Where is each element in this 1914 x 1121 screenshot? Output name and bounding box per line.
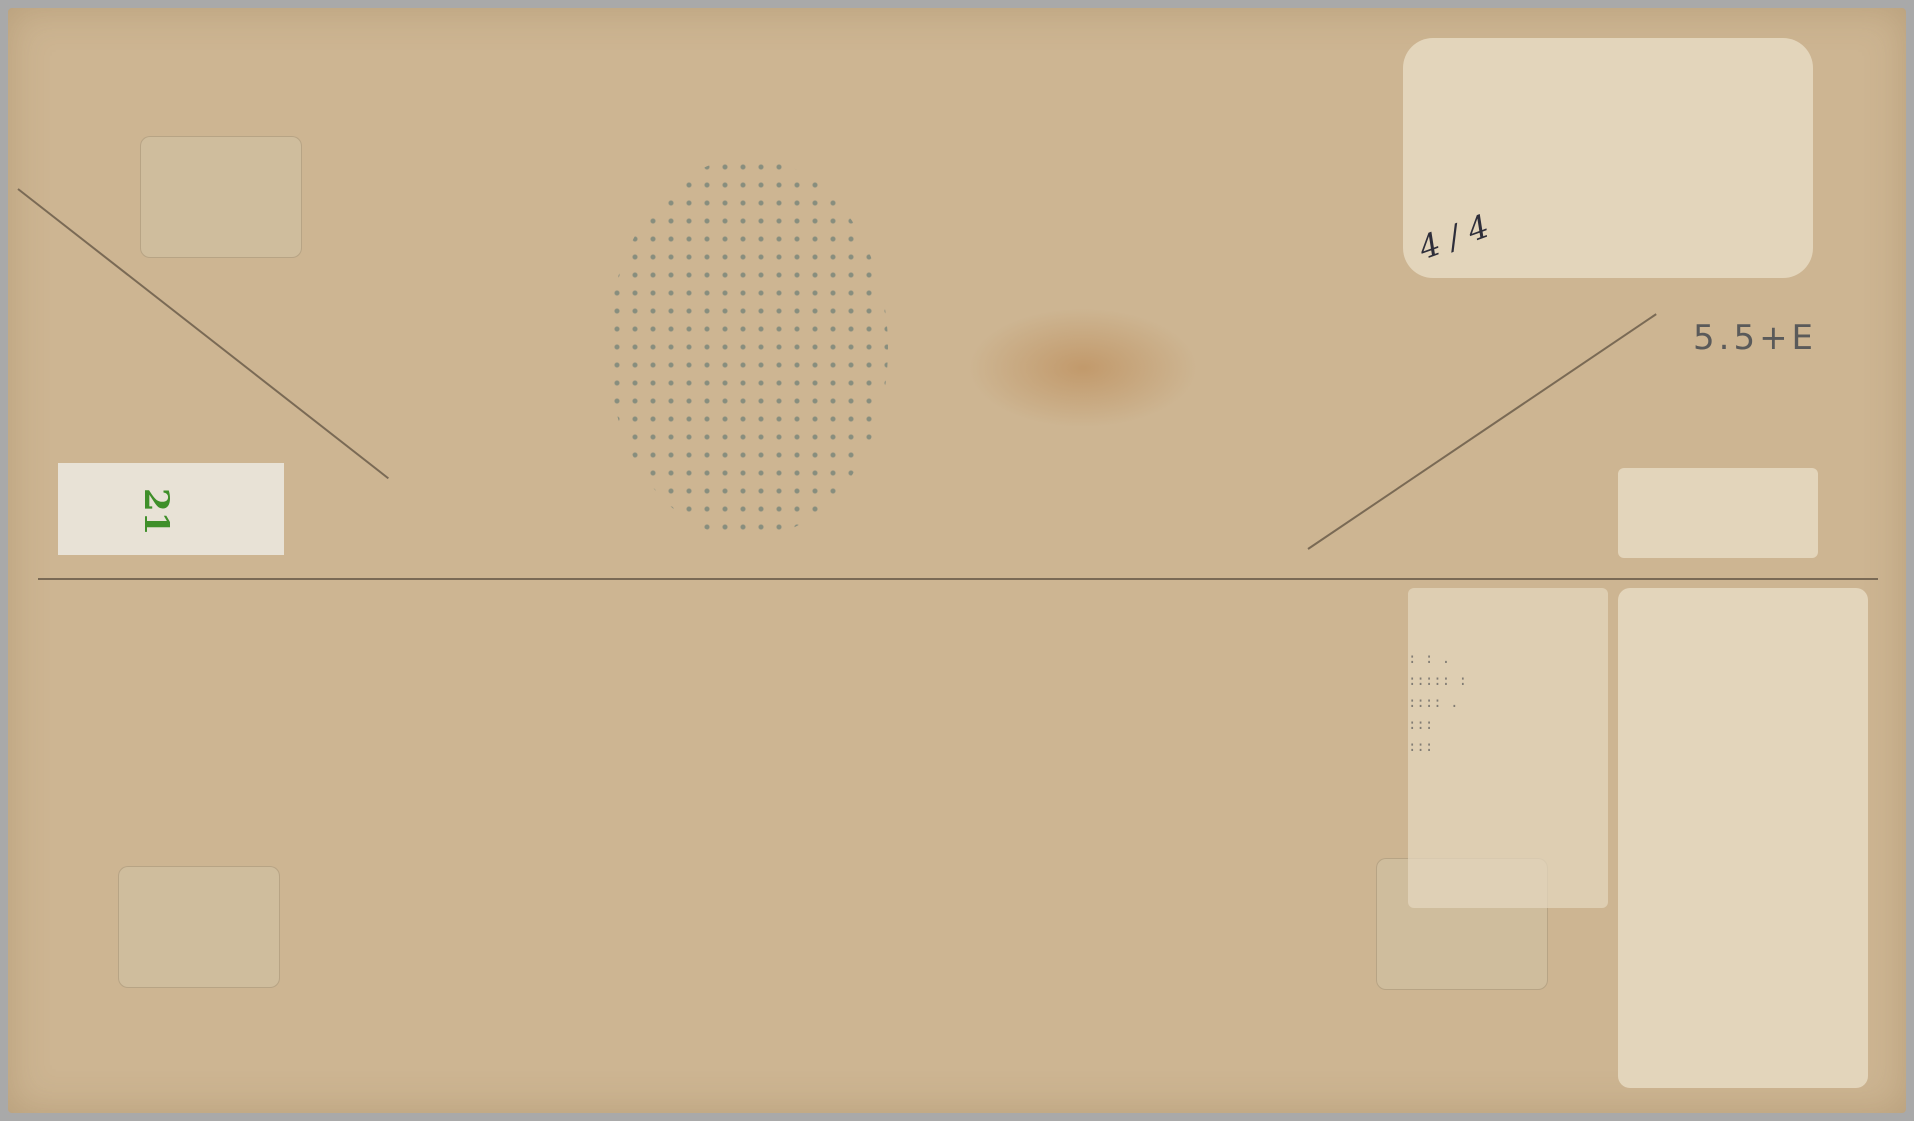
flap-fold-right — [1307, 313, 1656, 550]
green-print-fragment: 21 — [136, 488, 176, 535]
envelope-back: 21 5.5+E 4 / 4 : : .::::: ::::: .:::::: — [8, 8, 1906, 1113]
postmark-blue — [608, 158, 888, 538]
flap-fold-bottom — [38, 578, 1878, 580]
stamp-hinge-bottom-left — [118, 866, 280, 988]
rust-stain — [968, 308, 1198, 428]
stamp-hinge-top-left — [140, 136, 302, 258]
paper-remnant-flap — [1618, 468, 1818, 558]
pencil-annotation: 5.5+E — [1693, 318, 1817, 358]
paper-remnant-right — [1618, 588, 1868, 1088]
faded-printed-text: : : .::::: ::::: .:::::: — [1408, 648, 1467, 758]
